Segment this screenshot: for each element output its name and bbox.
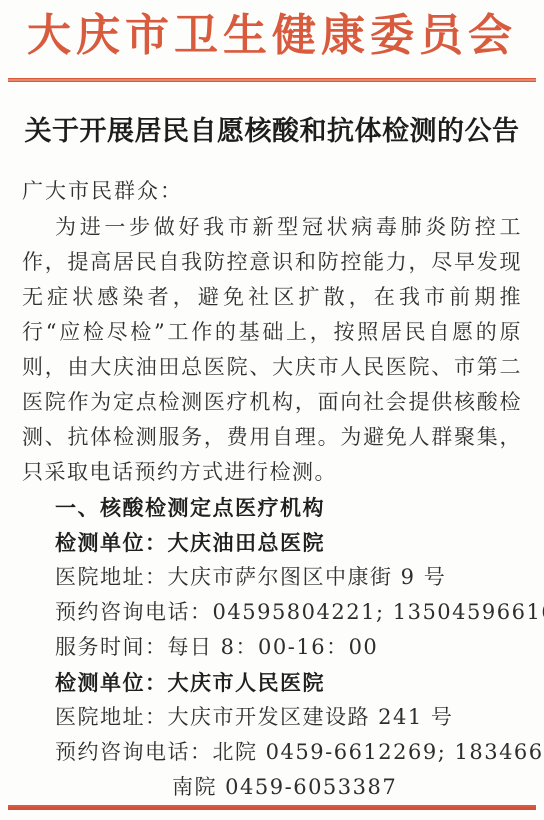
document-title: 关于开展居民自愿核酸和抗体检测的公告 bbox=[22, 112, 522, 152]
facility-1-address: 医院地址：大庆市萨尔图区中康街 9 号 bbox=[22, 560, 522, 595]
letterhead-org-name: 大庆市卫生健康委员会 bbox=[22, 6, 522, 66]
facility-1-hours: 服务时间：每日 8：00-16：00 bbox=[22, 630, 522, 665]
salutation: 广大市民群众： bbox=[22, 176, 522, 206]
footer-red-rule bbox=[8, 805, 536, 810]
facility-1-phone: 预约咨询电话：04595804221; 13504596616; 1302981… bbox=[22, 595, 522, 630]
facility-2-phone-north: 预约咨询电话：北院 0459-6612269; 18346612776 bbox=[22, 735, 522, 770]
facility-2-address: 医院地址：大庆市开发区建设路 241 号 bbox=[22, 700, 522, 735]
facility-1-unit: 检测单位：大庆油田总医院 bbox=[22, 525, 522, 560]
notice-document-page: 大庆市卫生健康委员会 关于开展居民自愿核酸和抗体检测的公告 广大市民群众： 为进… bbox=[0, 0, 544, 820]
section-heading: 一、核酸检测定点医疗机构 bbox=[22, 490, 522, 525]
facility-2-unit: 检测单位：大庆市人民医院 bbox=[22, 665, 522, 700]
intro-paragraph: 为进一步做好我市新型冠状病毒肺炎防控工作，提高居民自我防控意识和防控能力，尽早发… bbox=[22, 210, 522, 490]
facility-2-phone-south: 南院 0459-6053387 bbox=[22, 770, 522, 805]
letterhead-red-rule bbox=[8, 78, 536, 82]
